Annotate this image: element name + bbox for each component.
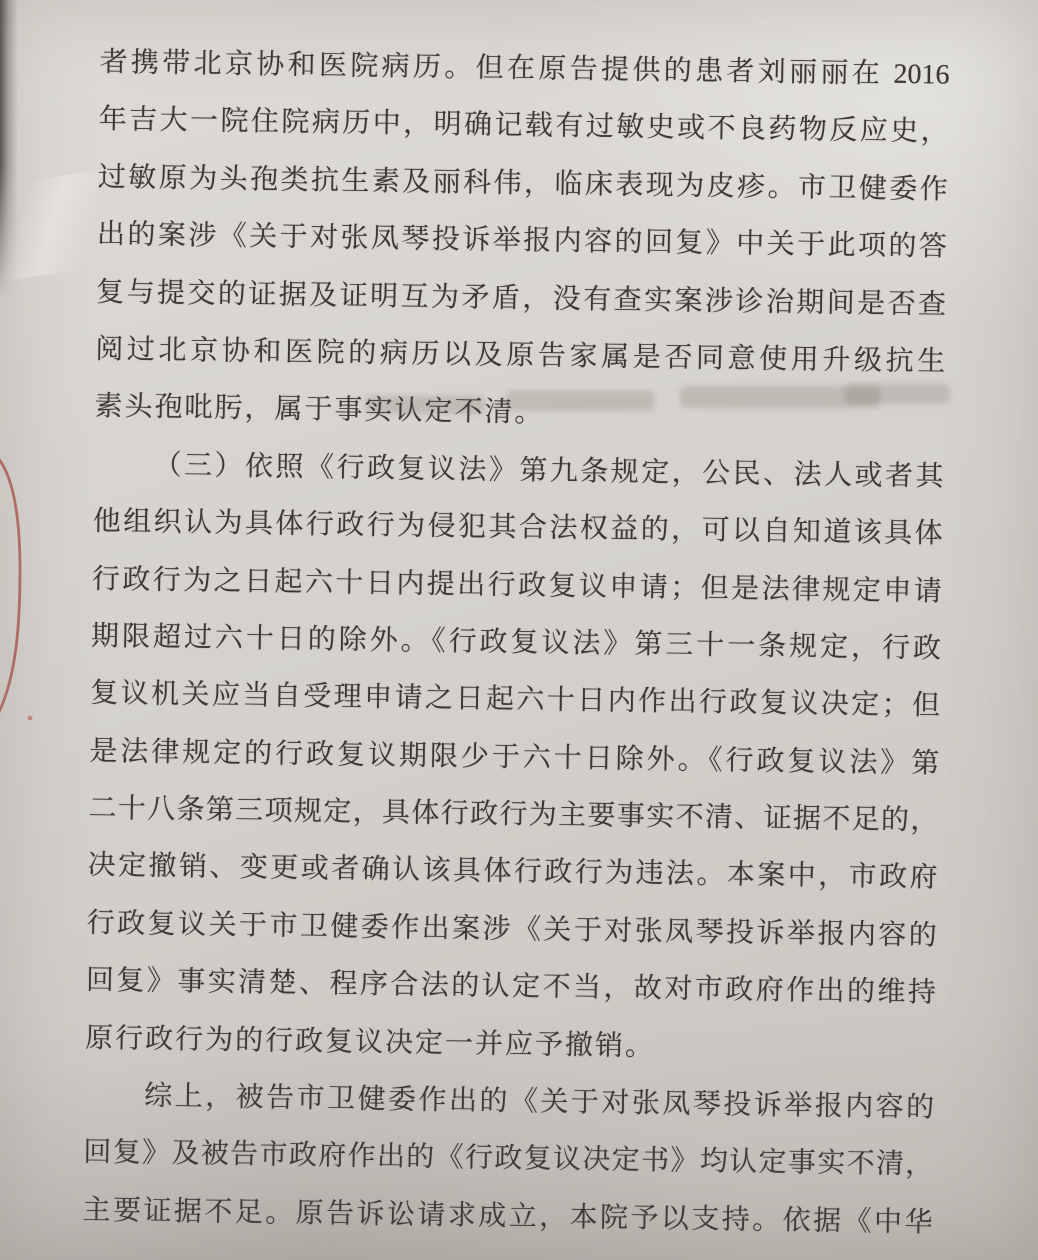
paragraph-legal-basis: （三）依照《行政复议法》第九条规定，公民、法人或者其 他组织认为具体行政行为侵犯… <box>85 436 944 1080</box>
text-line: 主要证据不足。原告诉讼请求成立，本院予以支持。依据《中华 <box>82 1182 933 1252</box>
red-pen-mark <box>0 448 56 738</box>
document-photo: 者携带北京协和医院病历。但在原告提供的患者刘丽丽在 2016 年吉大一院住院病历… <box>0 0 1038 1260</box>
paragraph-conclusion: 综上，被告市卫健委作出的《关于对张凤琴投诉举报内容的 回复》及被告市政府作出的《… <box>82 1067 934 1252</box>
judgment-text: 者携带北京协和医院病历。但在原告提供的患者刘丽丽在 2016 年吉大一院住院病历… <box>82 34 950 1252</box>
paragraph-findings-allergy: 者携带北京协和医院病历。但在原告提供的患者刘丽丽在 2016 年吉大一院住院病历… <box>94 34 950 448</box>
